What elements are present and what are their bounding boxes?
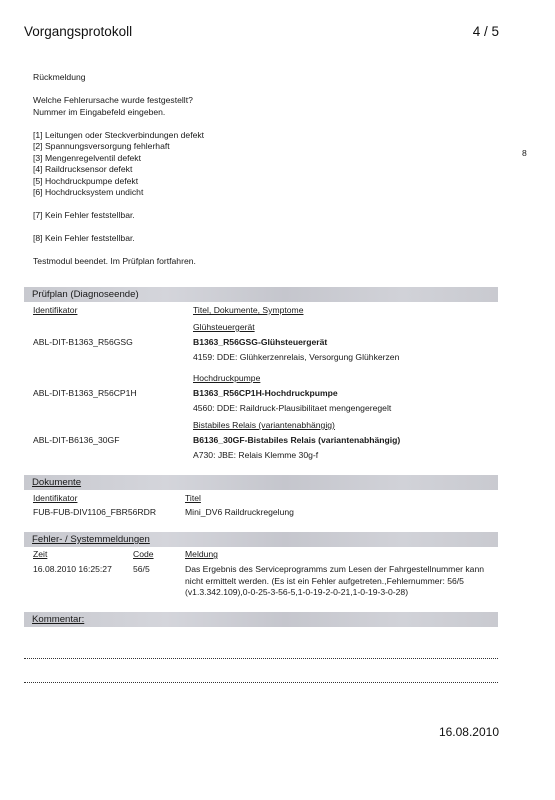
option-item: [6] Hochdrucksystem undicht: [33, 187, 204, 199]
kommentar-section-title: Kommentar:: [32, 614, 84, 625]
pruefplan-col-identifier: Identifikator: [33, 305, 77, 315]
pruefplan-section-header: Prüfplan (Diagnoseende): [24, 287, 498, 302]
document-title: Vorgangsprotokoll: [24, 24, 132, 39]
pruefplan-title: B6136_30GF-Bistabiles Relais (variantena…: [193, 435, 400, 445]
pruefplan-identifier: ABL-DIT-B1363_R56GSG: [33, 337, 133, 347]
feedback-heading: Rückmeldung: [33, 72, 204, 84]
pruefplan-symptom: 4159: DDE: Glühkerzenrelais, Versorgung …: [193, 352, 399, 362]
dokumente-section-header: Dokumente: [24, 475, 498, 490]
fehler-code: 56/5: [133, 564, 150, 574]
entered-answer-value: 8: [522, 148, 527, 158]
pruefplan-symptom: A730: JBE: Relais Klemme 30g-f: [193, 450, 318, 460]
footer-date: 16.08.2010: [439, 725, 499, 739]
option-item: [8] Kein Fehler feststellbar.: [33, 233, 204, 245]
pruefplan-title: B1363_R56CP1H-Hochdruckpumpe: [193, 388, 338, 398]
feedback-question-2: Nummer im Eingabefeld eingeben.: [33, 107, 204, 119]
option-item: [4] Raildrucksensor defekt: [33, 164, 204, 176]
option-item: [7] Kein Fehler feststellbar.: [33, 210, 204, 222]
dokumente-col-identifier: Identifikator: [33, 493, 77, 503]
pruefplan-identifier: ABL-DIT-B1363_R56CP1H: [33, 388, 137, 398]
dokumente-col-title: Titel: [185, 493, 201, 503]
comment-line[interactable]: [24, 658, 498, 659]
pruefplan-col-title: Titel, Dokumente, Symptome: [193, 305, 304, 315]
dokumente-section-title: Dokumente: [32, 477, 81, 488]
dokumente-title: Mini_DV6 Raildruckregelung: [185, 507, 294, 517]
fehler-time: 16.08.2010 16:25:27: [33, 564, 112, 574]
option-item: [1] Leitungen oder Steckverbindungen def…: [33, 130, 204, 142]
fehler-col-message: Meldung: [185, 549, 218, 559]
fehler-col-code: Code: [133, 549, 154, 559]
feedback-block: Rückmeldung Welche Fehlerursache wurde f…: [33, 72, 204, 268]
pruefplan-category: Hochdruckpumpe: [193, 373, 260, 383]
option-item: [5] Hochdruckpumpe defekt: [33, 176, 204, 188]
dokumente-identifier: FUB-FUB-DIV1106_FBR56RDR: [33, 507, 156, 517]
pruefplan-symptom: 4560: DDE: Raildruck-Plausibilitaet meng…: [193, 403, 391, 413]
fehler-message: Das Ergebnis des Serviceprogramms zum Le…: [185, 564, 495, 599]
option-item: [2] Spannungsversorgung fehlerhaft: [33, 141, 204, 153]
feedback-question-1: Welche Fehlerursache wurde festgestellt?: [33, 95, 204, 107]
pruefplan-category: Glühsteuergerät: [193, 322, 255, 332]
comment-line[interactable]: [24, 682, 498, 683]
pruefplan-category: Bistabiles Relais (variantenabhängig): [193, 420, 335, 430]
kommentar-section-header: Kommentar:: [24, 612, 498, 627]
option-item: [3] Mengenregelventil defekt: [33, 153, 204, 165]
fehler-col-time: Zeit: [33, 549, 47, 559]
page-number: 4 / 5: [473, 24, 499, 39]
pruefplan-title: B1363_R56GSG-Glühsteuergerät: [193, 337, 327, 347]
pruefplan-section-title: Prüfplan (Diagnoseende): [32, 289, 139, 300]
fehler-section-title: Fehler- / Systemmeldungen: [32, 534, 150, 545]
feedback-footer: Testmodul beendet. Im Prüfplan fortfahre…: [33, 256, 204, 268]
fehler-section-header: Fehler- / Systemmeldungen: [24, 532, 498, 547]
pruefplan-identifier: ABL-DIT-B6136_30GF: [33, 435, 119, 445]
